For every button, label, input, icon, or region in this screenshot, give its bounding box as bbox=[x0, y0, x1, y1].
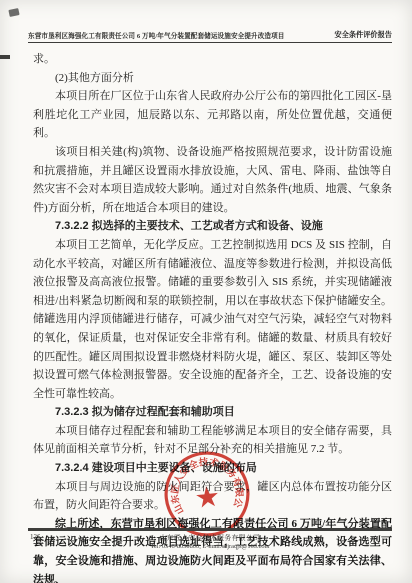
section-heading-7323: 7.3.2.3 拟为储存过程配套和辅助项目 bbox=[33, 403, 392, 422]
page-footer: 126 山东匠人安全技术服务有限公司 Tel: 0546-8050800, E-… bbox=[28, 528, 392, 550]
scanned-document-page: 东营市垦利区海强化工有限责任公司 6 万吨/年气分装置配套储运设施安全提升改造项… bbox=[0, 0, 412, 583]
header-project-title: 东营市垦利区海强化工有限责任公司 6 万吨/年气分装置配套储运设施安全提升改造项… bbox=[28, 30, 285, 40]
header-report-type: 安全条件评价报告 bbox=[334, 30, 392, 40]
paragraph: 本项目工艺简单，无化学反应。工艺控制拟选用 DCS 及 SIS 控制，自动化水平… bbox=[33, 236, 392, 403]
paragraph: 本项目储存过程配套和辅助工程能够满足本项目的安全储存需要，具体见前面相关章节分析… bbox=[33, 422, 392, 459]
document-body: 求。 (2)其他方面分析 本项目所在厂区位于山东省人民政府办公厅公布的第四批化工… bbox=[33, 50, 392, 583]
paragraph: (2)其他方面分析 bbox=[33, 69, 392, 88]
section-heading-7322: 7.3.2.2 拟选择的主要技术、工艺或者方式和设备、设施 bbox=[33, 217, 392, 236]
scan-artifact bbox=[8, 8, 19, 17]
footer-company-name: 山东匠人安全技术服务有限公司 bbox=[28, 532, 392, 542]
scan-artifact bbox=[0, 55, 10, 59]
paragraph: 本项目与周边设施的防火间距符合要求，罐区内总体布置按功能分区布置，防火间距符合要… bbox=[33, 478, 392, 515]
paragraph: 该项目相关建(构)筑物、设备设施严格按照规范要求，设计防雷设施和抗震措施，并且罐… bbox=[33, 143, 392, 217]
running-header: 东营市垦利区海强化工有限责任公司 6 万吨/年气分装置配套储运设施安全提升改造项… bbox=[28, 30, 392, 43]
footer-divider bbox=[28, 528, 392, 531]
page-number: 126 bbox=[30, 533, 41, 541]
footer-contact-info: Tel: 0546-8050800, E-mail:sdjraqjs@163.c… bbox=[28, 543, 392, 550]
paragraph-continuation: 求。 bbox=[33, 50, 392, 69]
section-heading-7324: 7.3.2.4 建设项目中主要设备、设施的布局 bbox=[33, 459, 392, 478]
paragraph: 本项目所在厂区位于山东省人民政府办公厅公布的第四批化工园区-垦利胜坨化工产业园，… bbox=[33, 87, 392, 143]
